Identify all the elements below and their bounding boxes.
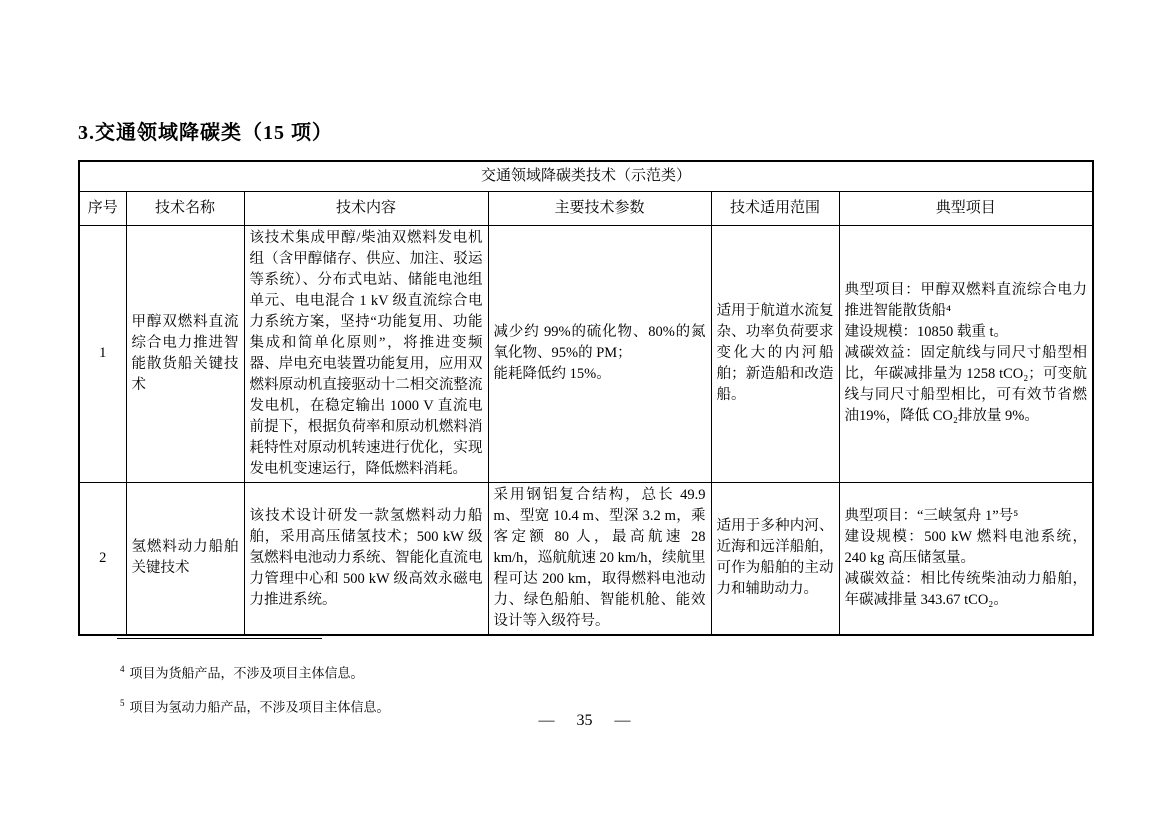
table-caption-row: 交通领域降碳类技术（示范类） xyxy=(79,161,1093,191)
footer-dash-left: — xyxy=(539,712,555,730)
column-header-scope: 技术适用范围 xyxy=(711,191,839,225)
tech-scope: 适用于多种内河、近海和远洋船舶，可作为船舶的主动力和辅助动力。 xyxy=(711,482,839,635)
typical-project: 典型项目：甲醇双燃料直流综合电力推进智能散货船⁴ 建设规模：10850 载重 t… xyxy=(839,225,1093,482)
document-page: 3.交通领域降碳类（15 项） 交通领域降碳类技术（示范类） 序号 技术名称 技… xyxy=(0,0,1169,826)
column-header-main-params: 主要技术参数 xyxy=(488,191,711,225)
typical-project-line: 减碳效益：固定航线与同尺寸船型相比，年碳减排量为 1258 tCO₂；可变航线与… xyxy=(845,343,1088,427)
footnote-text: 项目为货船产品，不涉及项目主体信息。 xyxy=(130,665,364,680)
column-header-typical-project: 典型项目 xyxy=(839,191,1093,225)
tech-scope: 适用于航道水流复杂、功率负荷要求变化大的内河船舶；新造船和改造船。 xyxy=(711,225,839,482)
tech-params: 减少约 99%的硫化物、80%的氮氧化物、95%的 PM； 能耗降低约 15%。 xyxy=(488,225,711,482)
typical-project-line: 减碳效益：相比传统柴油动力船舶，年碳减排量 343.67 tCO₂。 xyxy=(845,569,1088,611)
tech-params-line: 采用钢铝复合结构，总长 49.9 m、型宽 10.4 m、型深 3.2 m，乘客… xyxy=(494,485,706,632)
footnote-marker: 4 xyxy=(120,664,125,674)
page-title: 3.交通领域降碳类（15 项） xyxy=(78,116,333,145)
typical-project-line: 建设规模：500 kW 燃料电池系统，240 kg 高压储氢量。 xyxy=(845,527,1088,569)
column-header-index: 序号 xyxy=(79,191,126,225)
tech-params-line: 减少约 99%的硫化物、80%的氮氧化物、95%的 PM； xyxy=(494,322,706,364)
tech-params-line: 能耗降低约 15%。 xyxy=(494,364,706,385)
table-header-row: 序号 技术名称 技术内容 主要技术参数 技术适用范围 典型项目 xyxy=(79,191,1093,225)
footer-dash-right: — xyxy=(615,712,631,730)
column-header-tech-name: 技术名称 xyxy=(126,191,244,225)
table-row: 2 氢燃料动力船舶关键技术 该技术设计研发一款氢燃料动力船舶，采用高压储氢技术；… xyxy=(79,482,1093,635)
tech-name: 氢燃料动力船舶关键技术 xyxy=(126,482,244,635)
typical-project: 典型项目：“三峡氢舟 1”号⁵ 建设规模：500 kW 燃料电池系统，240 k… xyxy=(839,482,1093,635)
carbon-reduction-table: 交通领域降碳类技术（示范类） 序号 技术名称 技术内容 主要技术参数 技术适用范… xyxy=(78,160,1094,636)
tech-params: 采用钢铝复合结构，总长 49.9 m、型宽 10.4 m、型深 3.2 m，乘客… xyxy=(488,482,711,635)
typical-project-line: 典型项目：甲醇双燃料直流综合电力推进智能散货船⁴ xyxy=(845,280,1088,322)
tech-content: 该技术设计研发一款氢燃料动力船舶，采用高压储氢技术；500 kW 级氢燃料电池动… xyxy=(244,482,488,635)
typical-project-line: 建设规模：10850 载重 t。 xyxy=(845,322,1088,343)
tech-content: 该技术集成甲醇/柴油双燃料发电机组（含甲醇储存、供应、加注、驳运等系统）、分布式… xyxy=(244,225,488,482)
column-header-tech-content: 技术内容 xyxy=(244,191,488,225)
footnote-separator xyxy=(117,638,322,639)
tech-name: 甲醇双燃料直流综合电力推进智能散货船关键技术 xyxy=(126,225,244,482)
row-index: 1 xyxy=(79,225,126,482)
footnote-marker: 5 xyxy=(120,698,125,708)
page-footer: —35— xyxy=(0,712,1169,730)
table-row: 1 甲醇双燃料直流综合电力推进智能散货船关键技术 该技术集成甲醇/柴油双燃料发电… xyxy=(79,225,1093,482)
typical-project-line: 典型项目：“三峡氢舟 1”号⁵ xyxy=(845,506,1088,527)
page-number: 35 xyxy=(577,712,593,730)
table-caption: 交通领域降碳类技术（示范类） xyxy=(79,161,1093,191)
footnote: 4项目为货船产品，不涉及项目主体信息。 xyxy=(120,654,390,688)
row-index: 2 xyxy=(79,482,126,635)
